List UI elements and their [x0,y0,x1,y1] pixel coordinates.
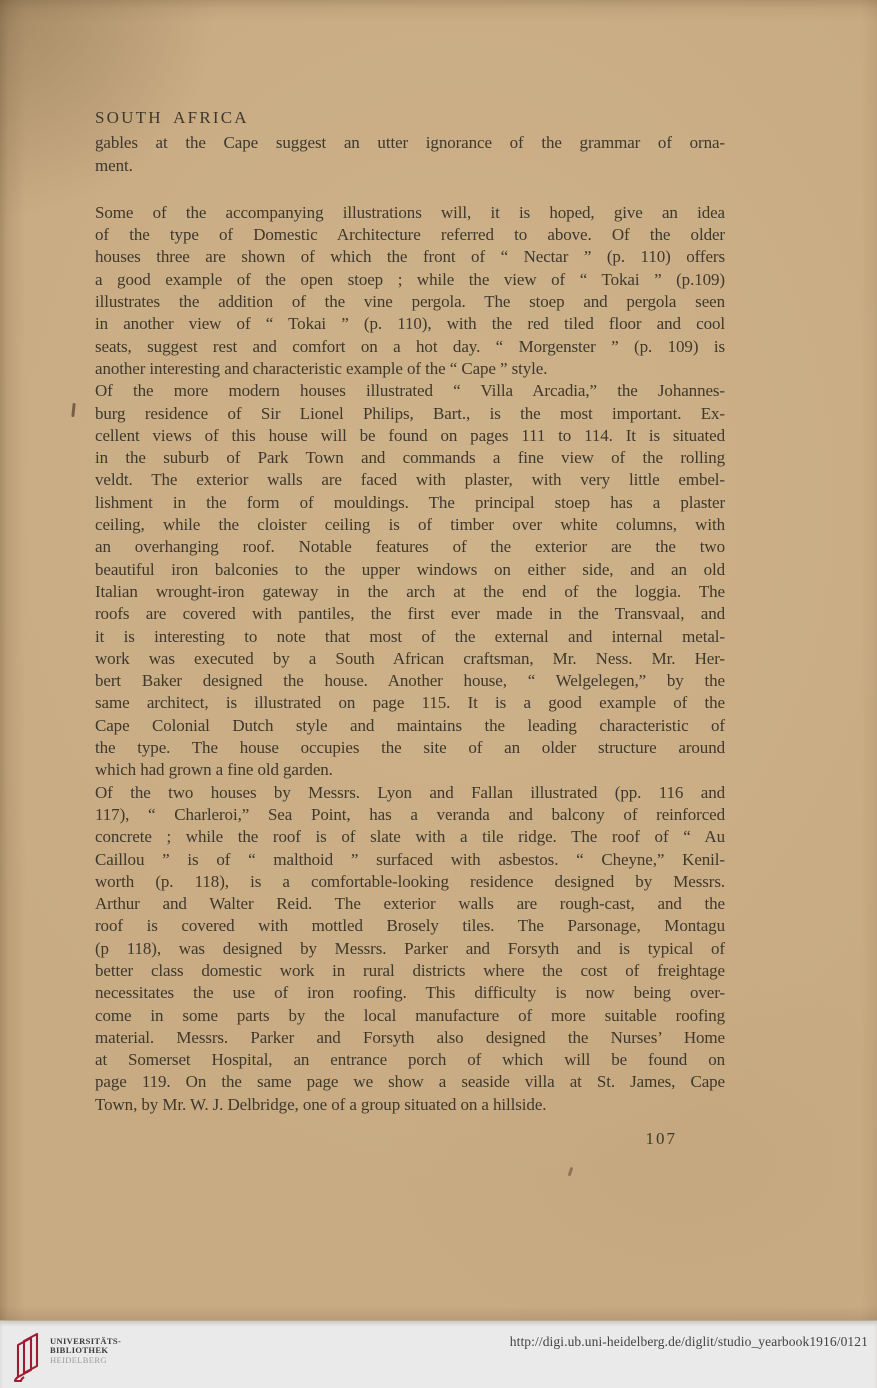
digitization-footer-bar [0,1320,877,1388]
text-line: ceiling, while the cloister ceiling is o… [95,514,725,536]
text-line: come in some parts by the local manufact… [95,1005,725,1027]
paragraph: Of the two houses by Messrs. Lyon and Fa… [95,782,725,1116]
text-line: houses three are shown of which the fron… [95,246,725,268]
text-line: beautiful iron balconies to the upper wi… [95,559,725,581]
paragraph: Some of the accompanying illustrations w… [95,202,725,380]
text-line: gables at the Cape suggest an utter igno… [95,132,725,154]
text-line: necessitates the use of iron roofing. Th… [95,982,725,1004]
text-line: another interesting and characteristic e… [95,358,725,380]
text-line: in another view of “ Tokai ” (p. 110), w… [95,313,725,335]
text-line: illustrates the addition of the vine per… [95,291,725,313]
text-line: lishment in the form of mouldings. The p… [95,492,725,514]
text-line: at Somerset Hospital, an entrance porch … [95,1049,725,1071]
text-line: same architect, is illustrated on page 1… [95,692,725,714]
text-line: Caillou ” is of “ malthoid ” surfaced wi… [95,849,725,871]
page-text-block: SOUTH AFRICA gables at the Cape suggest … [95,107,725,1150]
digitization-url: http://digi.ub.uni-heidelberg.de/diglit/… [510,1334,868,1350]
text-line: (p 118), was designed by Messrs. Parker … [95,938,725,960]
running-head: SOUTH AFRICA [95,107,725,129]
text-line: material. Messrs. Parker and Forsyth als… [95,1027,725,1049]
text-line: page 119. On the same page we show a sea… [95,1071,725,1093]
text-line: burg residence of Sir Lionel Philips, Ba… [95,403,725,425]
text-line: seats, suggest rest and comfort on a hot… [95,336,725,358]
text-line: Town, by Mr. W. J. Delbridge, one of a g… [95,1094,725,1116]
text-line: an overhanging roof. Notable features of… [95,536,725,558]
text-line: Italian wrought-iron gateway in the arch… [95,581,725,603]
paragraph: Of the more modern houses illustrated “ … [95,380,725,781]
text-line: better class domestic work in rural dist… [95,960,725,982]
text-line: roofs are covered with pantiles, the fir… [95,603,725,625]
text-line: worth (p. 118), is a comfortable-looking… [95,871,725,893]
text-line: concrete ; while the roof is of slate wi… [95,826,725,848]
text-line: which had grown a fine old garden. [95,759,725,781]
text-line: Cape Colonial Dutch style and maintains … [95,715,725,737]
page-number: 107 [95,1128,725,1150]
text-line: roof is covered with mottled Brosely til… [95,915,725,937]
text-line: a good example of the open stoep ; while… [95,269,725,291]
text-line: ment. [95,155,725,177]
stray-ink-mark [568,1167,573,1176]
text-line: in the suburb of Park Town and commands … [95,447,725,469]
heidelberg-library-logo-icon [12,1331,44,1383]
paragraph: gables at the Cape suggest an utter igno… [95,132,725,177]
text-line: bert Baker designed the house. Another h… [95,670,725,692]
library-name: UNIVERSITÄTS- BIBLIOTHEK HEIDELBERG [50,1337,121,1365]
text-line: 117), “ Charleroi,” Sea Point, has a ver… [95,804,725,826]
margin-ink-mark [71,403,75,417]
library-name-line: HEIDELBERG [50,1356,121,1365]
text-line: Arthur and Walter Reid. The exterior wal… [95,893,725,915]
text-line: work was executed by a South African cra… [95,648,725,670]
text-line: the type. The house occupies the site of… [95,737,725,759]
text-line: Of the two houses by Messrs. Lyon and Fa… [95,782,725,804]
text-line: of the type of Domestic Architecture ref… [95,224,725,246]
text-line: veldt. The exterior walls are faced with… [95,469,725,491]
text-line: Of the more modern houses illustrated “ … [95,380,725,402]
text-line: cellent views of this house will be foun… [95,425,725,447]
scanned-page: SOUTH AFRICA gables at the Cape suggest … [0,0,877,1320]
text-line: it is interesting to note that most of t… [95,626,725,648]
text-line: Some of the accompanying illustrations w… [95,202,725,224]
